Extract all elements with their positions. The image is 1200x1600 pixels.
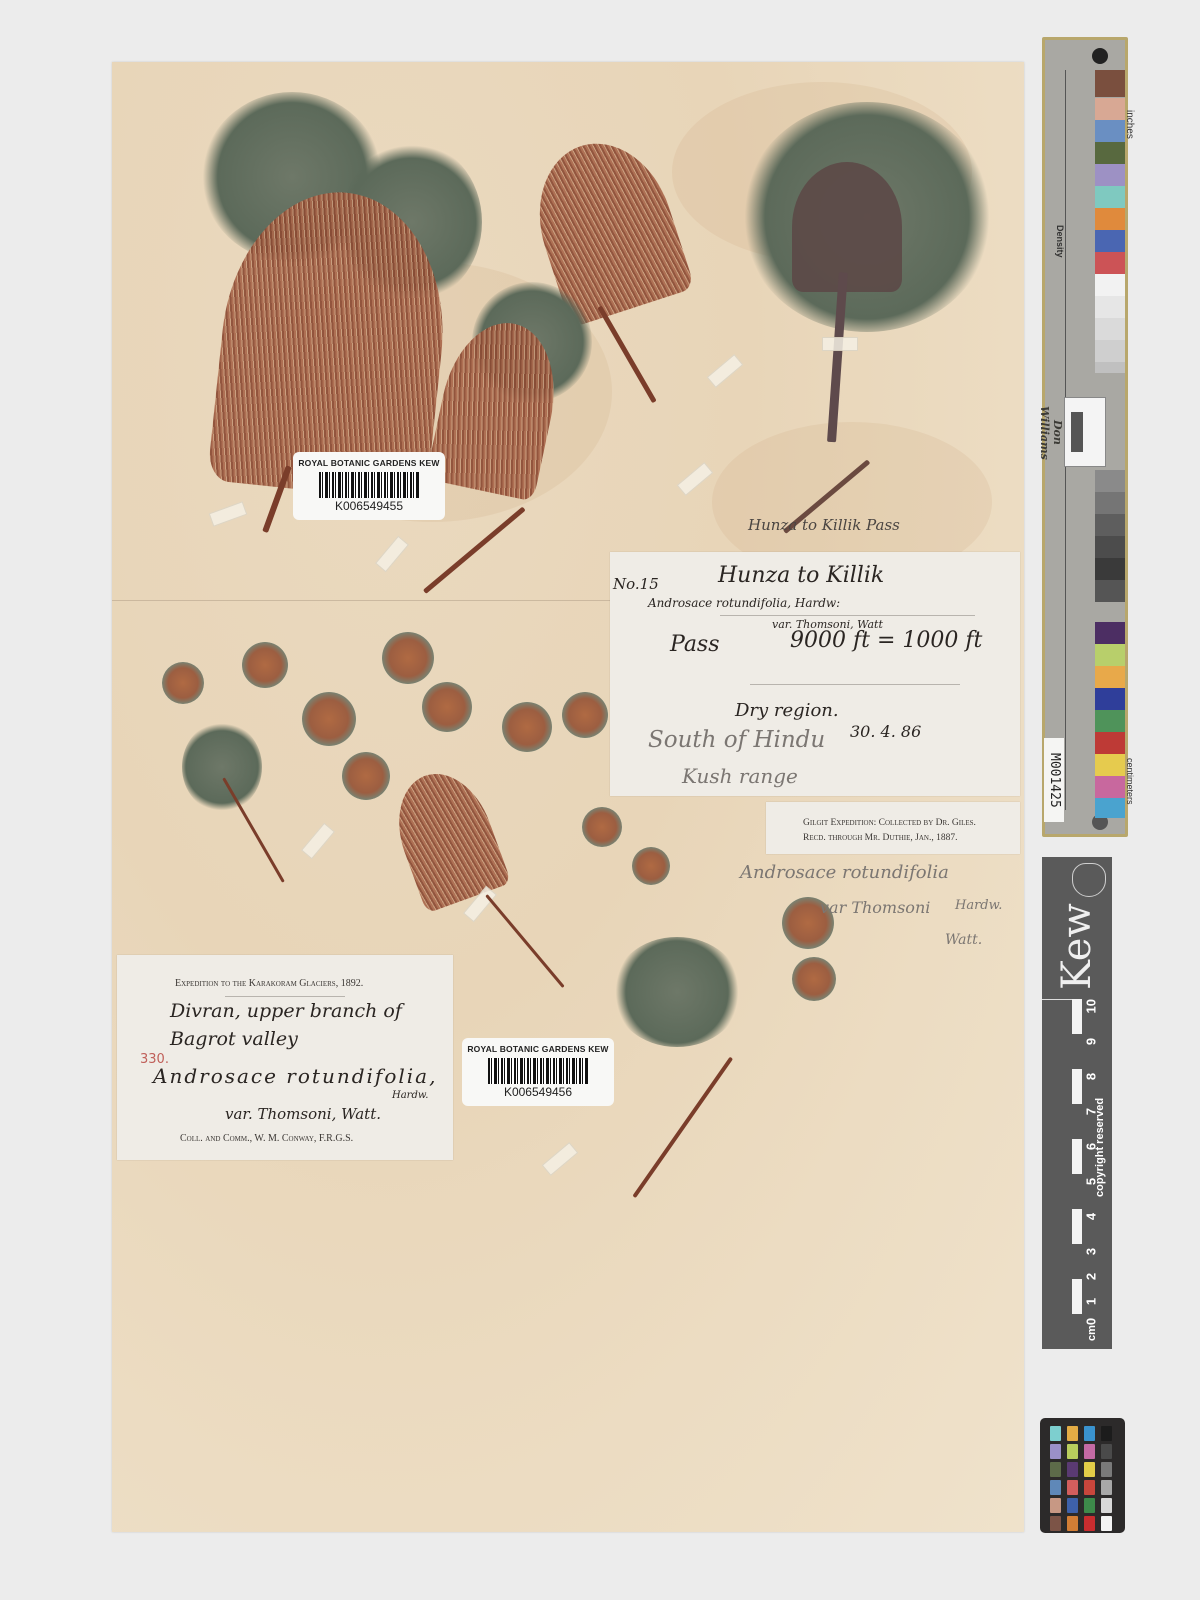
ruler-number: 2 <box>1084 1270 1099 1284</box>
checker-swatch <box>1050 1516 1061 1531</box>
barcode <box>488 1058 588 1084</box>
taxon-name: Androsace rotundifolia, <box>153 1064 437 1088</box>
locality-line-2: Bagrot valley <box>170 1028 298 1050</box>
taxon-author: Hardw. <box>392 1090 428 1101</box>
color-patch <box>1095 644 1125 666</box>
color-patch <box>1095 776 1125 798</box>
ruler-segment <box>1072 999 1082 1034</box>
determination-name: Androsace rotundifolia <box>740 862 949 883</box>
ruler-number: 9 <box>1084 1035 1099 1049</box>
color-patch <box>1095 186 1125 208</box>
color-patch <box>1095 296 1125 318</box>
color-patch <box>1095 164 1125 186</box>
strip-brand: Don Williams <box>1044 395 1064 470</box>
color-patch <box>1095 274 1125 296</box>
checker-swatch <box>1101 1516 1112 1531</box>
fold-line <box>112 600 632 601</box>
institution-name: ROYAL BOTANIC GARDENS KEW <box>462 1044 614 1054</box>
determination-author: Hardw. <box>955 898 1002 913</box>
taxon-name: Androsace rotundifolia, Hardw: <box>648 596 840 610</box>
checker-swatch <box>1084 1498 1095 1513</box>
ruler-number: 4 <box>1084 1210 1099 1224</box>
collection-number: No.15 <box>613 575 659 593</box>
unit-label-inches: inches <box>1124 110 1135 139</box>
color-patch <box>1095 230 1125 252</box>
locality-line-1: Divran, upper branch of <box>170 1000 402 1022</box>
checker-swatch <box>1101 1426 1112 1441</box>
color-patch <box>1095 536 1125 558</box>
checker-swatch <box>1067 1444 1078 1459</box>
barcode-number: K006549456 <box>462 1085 614 1099</box>
mounting-tape <box>822 337 858 351</box>
barcode-label-2: ROYAL BOTANIC GARDENS KEW K006549456 <box>462 1038 614 1106</box>
determination-variety: var Thomsoni <box>820 898 930 917</box>
checker-swatch <box>1067 1516 1078 1531</box>
route-annotation: Hunza to Killik Pass <box>748 516 900 534</box>
region-line-2: Kush range <box>682 764 798 788</box>
color-patch <box>1095 318 1125 340</box>
color-patch <box>1095 710 1125 732</box>
color-patch <box>1095 514 1125 536</box>
color-patch <box>1095 142 1125 164</box>
ruler-number: 10 <box>1084 1000 1099 1014</box>
color-patch <box>1095 754 1125 776</box>
strip-id: M001425 <box>1044 738 1064 822</box>
locality: Hunza to Killik <box>718 563 884 588</box>
checker-swatch <box>1101 1462 1112 1477</box>
ruler-number: 7 <box>1084 1105 1099 1119</box>
checker-swatch <box>1084 1516 1095 1531</box>
checker-swatch <box>1067 1426 1078 1441</box>
institution-name: ROYAL BOTANIC GARDENS KEW <box>293 458 445 468</box>
checker-swatch <box>1050 1462 1061 1477</box>
checker-swatch <box>1050 1498 1061 1513</box>
color-patch <box>1095 120 1125 142</box>
printed-expedition: Gilgit Expedition: Collected by Dr. Gile… <box>803 818 976 828</box>
collection-date: 30. 4. 86 <box>850 722 921 741</box>
checker-swatch <box>1050 1444 1061 1459</box>
giles-label <box>610 552 1020 796</box>
checker-swatch <box>1084 1444 1095 1459</box>
herbarium-sheet <box>112 62 1024 1532</box>
barcode-label-1: ROYAL BOTANIC GARDENS KEW K006549455 <box>293 452 445 520</box>
pass-text: Pass <box>670 632 720 657</box>
checker-swatch <box>1084 1462 1095 1477</box>
collector-line: Coll. and Comm., W. M. Conway, F.R.G.S. <box>180 1133 353 1144</box>
ruler-number: 8 <box>1084 1070 1099 1084</box>
checker-swatch <box>1101 1444 1112 1459</box>
ruler-segment <box>1072 1069 1082 1104</box>
checker-swatch <box>1084 1426 1095 1441</box>
color-patch <box>1095 666 1125 688</box>
divider <box>720 615 975 616</box>
kew-scale-ruler: Kew copyright reserved 10 9 8 7 6 5 4 3 … <box>1042 857 1112 1349</box>
ruler-segment <box>1072 1209 1082 1244</box>
ruler-segment <box>1072 1279 1082 1314</box>
color-patch <box>1095 70 1125 97</box>
region-line-1: South of Hindu <box>648 727 825 753</box>
checker-swatch <box>1101 1498 1112 1513</box>
color-patch <box>1095 470 1125 492</box>
altitude: 9000 ft = 1000 ft <box>790 628 982 653</box>
checker-swatch <box>1067 1480 1078 1495</box>
ruler-unit: cm <box>1086 1325 1098 1341</box>
resolution-target <box>1064 397 1106 467</box>
specimen-plant-4 <box>362 262 622 582</box>
checker-swatch <box>1050 1480 1061 1495</box>
strip-hole <box>1092 48 1108 64</box>
copyright-text: copyright reserved <box>1094 997 1106 1197</box>
color-patch <box>1095 622 1125 644</box>
mounting-tape <box>677 462 714 496</box>
giles-printed-label <box>766 802 1020 854</box>
color-patch <box>1095 362 1125 373</box>
ruler-number: 3 <box>1084 1245 1099 1259</box>
printed-receipt: Recd. through Mr. Duthie, Jan., 1887. <box>803 833 957 843</box>
color-checker-card <box>1040 1418 1125 1533</box>
habitat: Dry region. <box>735 700 839 721</box>
taxon-variety: var. Thomsoni, Watt. <box>225 1105 381 1123</box>
kew-crest-icon <box>1072 863 1106 897</box>
kew-logo: Kew <box>1052 902 1102 992</box>
ruler-number: 5 <box>1084 1175 1099 1189</box>
color-patch <box>1095 580 1125 602</box>
determination-author-2: Watt. <box>945 932 982 948</box>
color-patch <box>1095 732 1125 754</box>
ruler-segment <box>1072 1139 1082 1174</box>
color-patch <box>1095 798 1125 818</box>
divider <box>225 996 345 997</box>
color-patch <box>1095 98 1125 120</box>
color-patch <box>1095 340 1125 362</box>
ruler-number: 6 <box>1084 1140 1099 1154</box>
checker-swatch <box>1067 1498 1078 1513</box>
color-patch <box>1095 252 1125 274</box>
ruler-number: 1 <box>1084 1295 1099 1309</box>
barcode <box>319 472 419 498</box>
density-label: Density <box>1055 225 1065 258</box>
checker-swatch <box>1084 1480 1095 1495</box>
expedition-header: Expedition to the Karakoram Glaciers, 18… <box>175 978 363 989</box>
color-patch <box>1095 688 1125 710</box>
specimen-plant-3 <box>722 92 1012 532</box>
unit-label-cm: centimeters <box>1125 758 1135 805</box>
barcode-number: K006549455 <box>293 499 445 513</box>
checker-swatch <box>1067 1462 1078 1477</box>
checker-swatch <box>1050 1426 1061 1441</box>
divider <box>750 684 960 685</box>
checker-swatch <box>1101 1480 1112 1495</box>
color-patch <box>1095 558 1125 580</box>
color-patch <box>1095 492 1125 514</box>
color-patch <box>1095 208 1125 230</box>
